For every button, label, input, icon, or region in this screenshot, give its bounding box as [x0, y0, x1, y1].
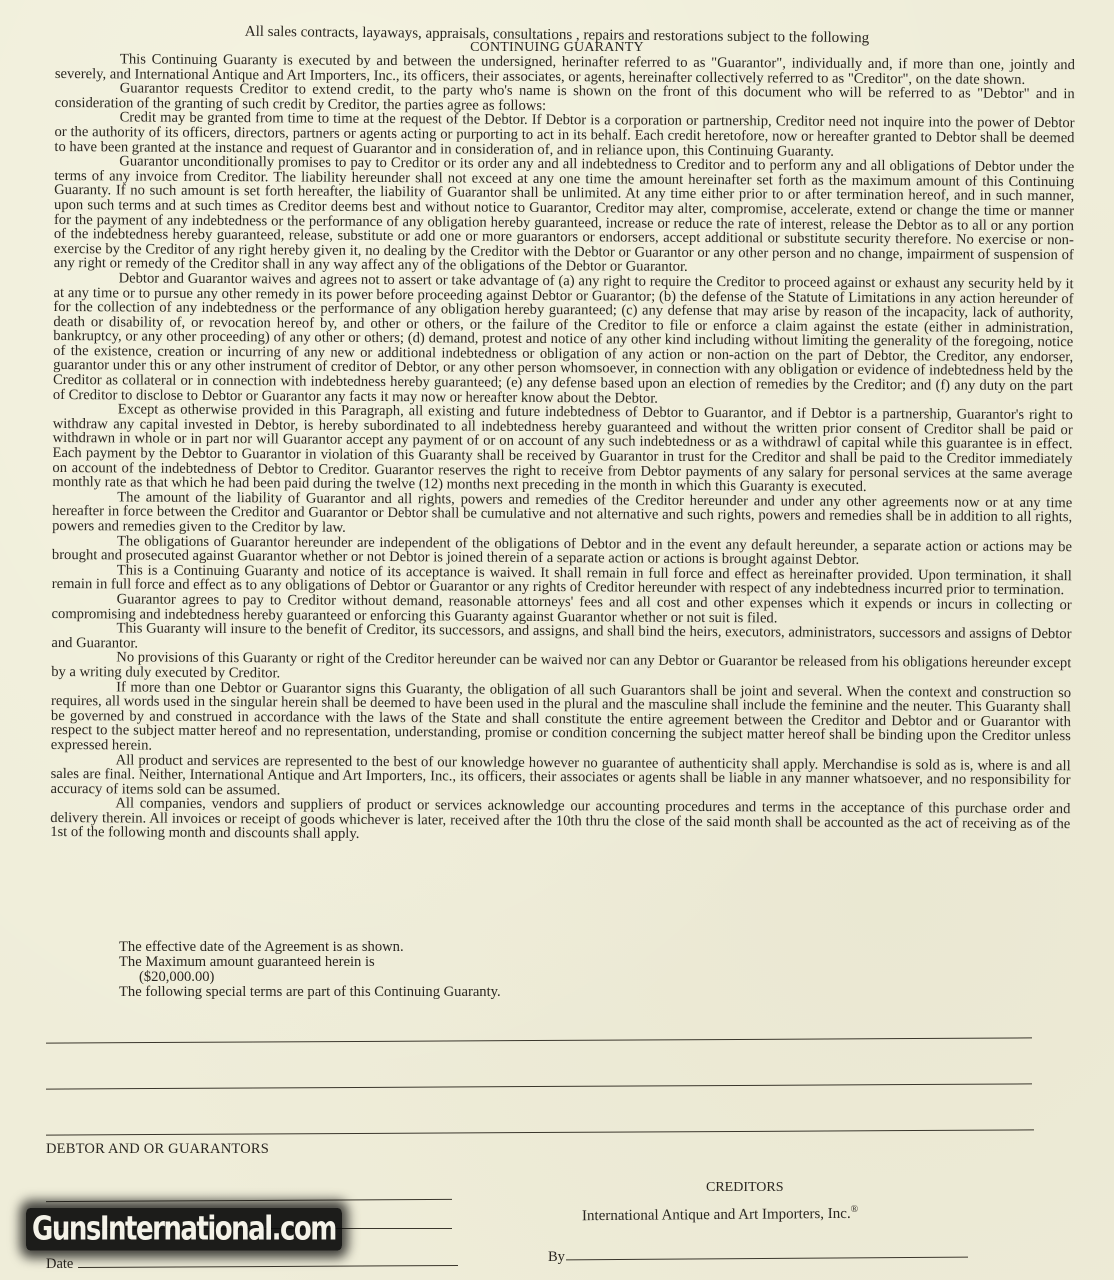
paragraph: Credit may be granted from time to time …: [54, 110, 1074, 160]
paragraph: If more than one Debtor or Guarantor sig…: [51, 680, 1071, 759]
closing-terms: The effective date of the Agreement is a…: [119, 940, 501, 1000]
document-page: All sales contracts, layaways, appraisal…: [0, 0, 1114, 1280]
special-terms-line-3[interactable]: [46, 1129, 1034, 1135]
paragraph: Except as otherwise provided in this Par…: [52, 402, 1073, 496]
max-amount-label: The Maximum amount guaranteed herein is: [119, 955, 501, 970]
paragraph: All companies, vendors and suppliers of …: [50, 796, 1070, 846]
creditor-name: International Antique and Art Importers,…: [582, 1204, 858, 1225]
special-terms-text: The following special terms are part of …: [119, 985, 501, 1000]
special-terms-line-1[interactable]: [46, 1037, 1032, 1043]
debtor-guarantors-label: DEBTOR AND OR GUARANTORS: [46, 1141, 269, 1158]
date-label: Date: [46, 1256, 73, 1273]
registered-mark-icon: ®: [851, 1204, 859, 1215]
effective-date-text: The effective date of the Agreement is a…: [119, 940, 501, 955]
max-amount-value: ($20,000.00): [119, 970, 501, 985]
paragraph: Debtor and Guarantor waives and agrees n…: [53, 271, 1074, 409]
paragraph: The amount of the liability of Guarantor…: [52, 490, 1072, 540]
creditors-label: CREDITORS: [706, 1180, 784, 1196]
paragraph: Guarantor unconditionally promises to pa…: [54, 154, 1075, 277]
watermark-logo: GunsInternational.com: [26, 1208, 342, 1251]
special-terms-line-2[interactable]: [46, 1083, 1032, 1089]
by-label: By: [548, 1249, 565, 1266]
creditor-name-text: International Antique and Art Importers,…: [582, 1206, 851, 1224]
debtor-signature-line-1[interactable]: [46, 1199, 452, 1202]
guaranty-body: This Continuing Guaranty is executed by …: [50, 52, 1075, 846]
creditor-signature-line[interactable]: [566, 1257, 968, 1261]
date-line[interactable]: [78, 1265, 458, 1268]
paragraph: All product and services are represented…: [50, 752, 1070, 802]
